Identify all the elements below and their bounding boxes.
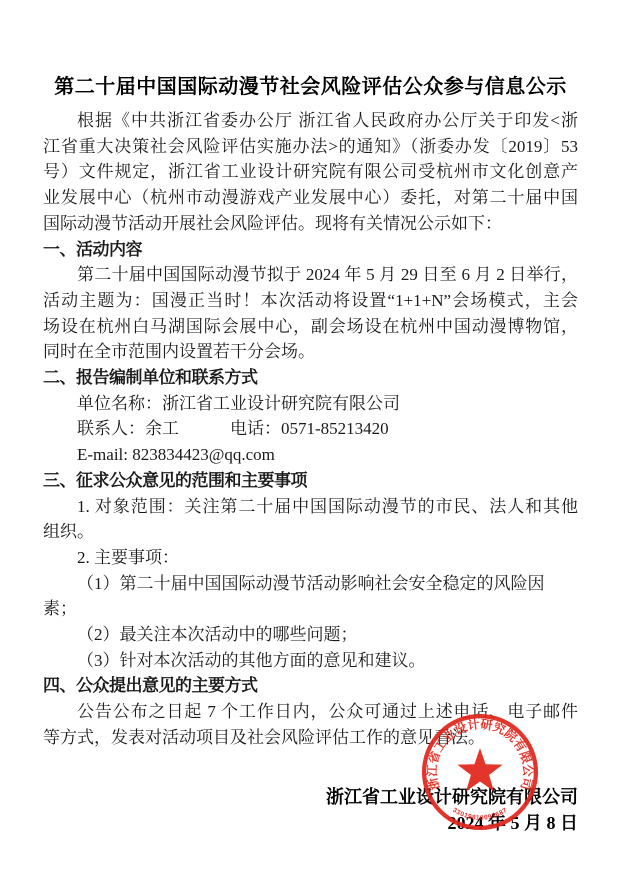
section4-heading: 四、公众提出意见的主要方式 (43, 673, 578, 699)
document-page: 第二十届中国国际动漫节社会风险评估公众参与信息公示 根据《中共浙江省委办公厅 浙… (0, 0, 623, 876)
section3-heading: 三、征求公众意见的范围和主要事项 (43, 468, 578, 494)
intro-line: 国际动漫节活动开展社会风险评估。现将有关情况公示如下： (43, 211, 578, 237)
section2-heading: 二、报告编制单位和联系方式 (43, 365, 578, 391)
unit-name: 单位名称：浙江省工业设计研究院有限公司 (43, 391, 578, 417)
svg-text:33019810093687: 33019810093687 (451, 807, 509, 822)
star-icon (457, 748, 502, 791)
contact-phone: 联系人：余工 电话：0571-85213420 (43, 416, 578, 442)
section1-heading: 一、活动内容 (43, 237, 578, 263)
intro-line: 根据《中共浙江省委办公厅 浙江省人民政府办公厅关于印发<浙 (43, 108, 578, 134)
intro-line: 号）文件规定，浙江省工业设计研究院有限公司受杭州市文化创意产 (43, 159, 578, 185)
scope-line: 组织。 (43, 519, 578, 545)
section1-line: 第二十届中国国际动漫节拟于 2024 年 5 月 29 日至 6 月 2 日举行… (43, 262, 578, 288)
official-seal: 浙江省工业设计研究院有限公司 33019810093687 (419, 711, 541, 833)
matters-item: （1）第二十届中国国际动漫节活动影响社会安全稳定的风险因素； (43, 571, 578, 622)
section1-line: 场设在杭州白马湖国际会展中心，副会场设在杭州中国动漫博物馆， (43, 314, 578, 340)
matters-item: （3）针对本次活动的其他方面的意见和建议。 (43, 648, 578, 674)
intro-line: 江省重大决策社会风险评估实施办法>的通知》（浙委办发〔2019〕53 (43, 134, 578, 160)
section1-line: 同时在全市范围内设置若干分会场。 (43, 339, 578, 365)
scope-line: 1. 对象范围：关注第二十届中国国际动漫节的市民、法人和其他 (43, 494, 578, 520)
matters-label: 2. 主要事项： (43, 545, 578, 571)
section1-line: 活动主题为：国漫正当时！本次活动将设置“1+1+N”会场模式，主会 (43, 288, 578, 314)
intro-line: 业发展中心（杭州市动漫游戏产业发展中心）委托，对第二十届中国 (43, 185, 578, 211)
contact-email: E-mail: 823834423@qq.com (43, 442, 578, 468)
seal-number: 33019810093687 (451, 807, 509, 822)
matters-item: （2）最关注本次活动中的哪些问题； (43, 622, 578, 648)
document-title: 第二十届中国国际动漫节社会风险评估公众参与信息公示 (43, 72, 578, 102)
